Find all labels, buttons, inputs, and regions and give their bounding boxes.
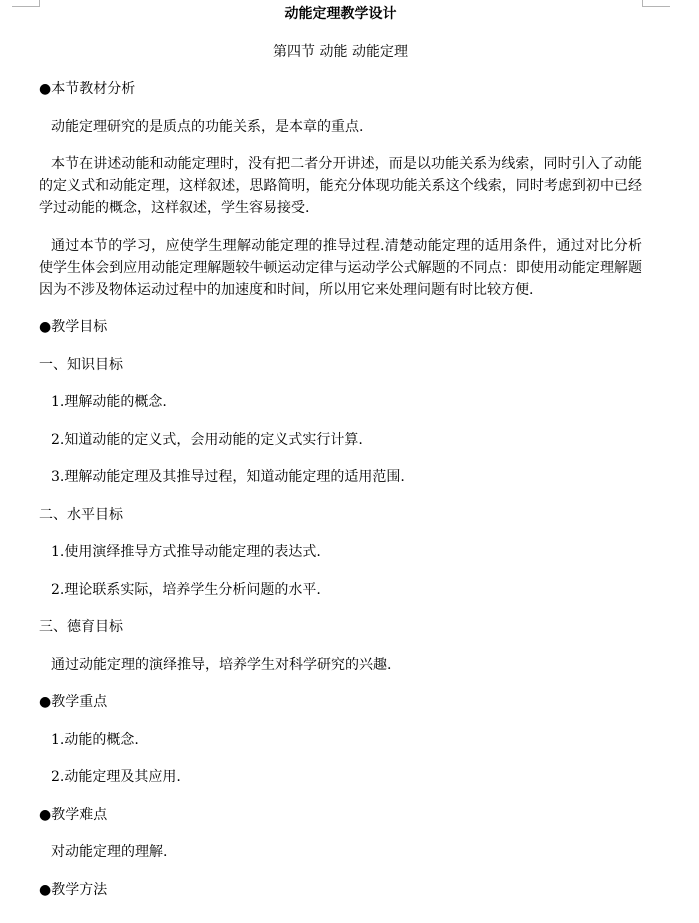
subheading-ability-goals: 二、水平目标 — [39, 504, 642, 526]
list-item: 2.知道动能的定义式，会用动能的定义式实行计算. — [39, 429, 642, 451]
paragraph: 通过动能定理的演绎推导，培养学生对科学研究的兴趣. — [39, 654, 642, 676]
section-heading-teaching-difficulties: ●教学难点 — [39, 804, 642, 826]
document-page: 动能定理教学设计 第四节 动能 动能定理 ●本节教材分析 动能定理研究的是质点的… — [39, 3, 642, 916]
list-item: 1.理解动能的概念. — [39, 391, 642, 413]
page-margin-corner-mark-left — [12, 0, 40, 7]
paragraph: 本节在讲述动能和动能定理时，没有把二者分开讲述，而是以功能关系为线索，同时引入了… — [39, 153, 642, 219]
section-heading-teaching-methods: ●教学方法 — [39, 879, 642, 901]
list-item: 2.理论联系实际，培养学生分析问题的水平. — [39, 579, 642, 601]
list-item: 2.动能定理及其应用. — [39, 766, 642, 788]
paragraph: 对动能定理的理解. — [39, 841, 642, 863]
document-subtitle: 第四节 动能 动能定理 — [39, 41, 642, 63]
subheading-knowledge-goals: 一、知识目标 — [39, 354, 642, 376]
subheading-moral-goals: 三、德育目标 — [39, 616, 642, 638]
list-item: 1.使用演绎推导方式推导动能定理的表达式. — [39, 541, 642, 563]
paragraph: 动能定理研究的是质点的功能关系，是本章的重点. — [39, 116, 642, 138]
list-item: 3.理解动能定理及其推导过程，知道动能定理的适用范围. — [39, 466, 642, 488]
list-item: 1.动能的概念. — [39, 729, 642, 751]
page-margin-corner-mark-right — [642, 0, 670, 7]
document-title: 动能定理教学设计 — [39, 3, 642, 25]
section-heading-teaching-goals: ●教学目标 — [39, 316, 642, 338]
section-heading-teaching-key-points: ●教学重点 — [39, 691, 642, 713]
section-heading-material-analysis: ●本节教材分析 — [39, 78, 642, 100]
paragraph: 通过本节的学习，应使学生理解动能定理的推导过程.清楚动能定理的适用条件，通过对比… — [39, 235, 642, 301]
